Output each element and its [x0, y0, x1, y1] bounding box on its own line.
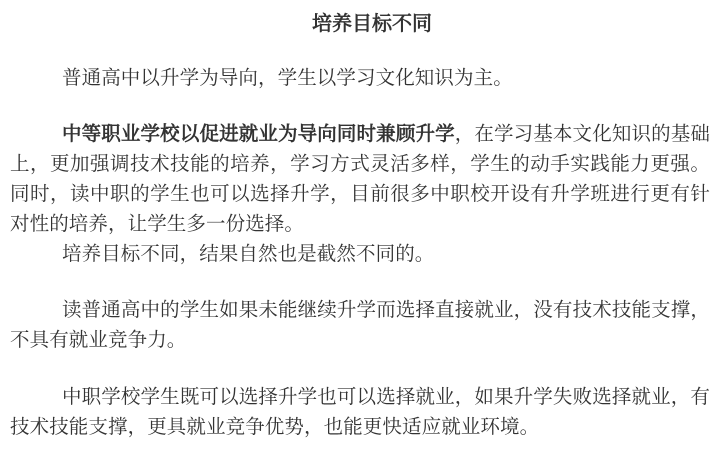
paragraph-high-school-employment: 读普通高中的学生如果未能继续升学而选择直接就业，没有技术技能支撑，不具有就业竞争…	[10, 295, 710, 355]
paragraph-vocational-employment: 中职学校学生既可以选择升学也可以选择就业，如果升学失败选择就业，有技术技能支撑，…	[10, 382, 710, 442]
paragraph-regular-high-school: 普通高中以升学为导向，学生以学习文化知识为主。	[10, 63, 710, 93]
paragraph-vocational-school: 中等职业学校以促进就业为导向同时兼顾升学，在学习基本文化知识的基础上，更加强调技…	[10, 119, 710, 239]
paragraph-different-results: 培养目标不同，结果自然也是截然不同的。	[10, 239, 710, 269]
document-page: 培养目标不同 普通高中以升学为导向，学生以学习文化知识为主。 中等职业学校以促进…	[0, 0, 721, 442]
document-title: 培养目标不同	[10, 9, 710, 39]
paragraph-bold-lead: 中等职业学校以促进就业为导向同时兼顾升学	[62, 123, 455, 145]
